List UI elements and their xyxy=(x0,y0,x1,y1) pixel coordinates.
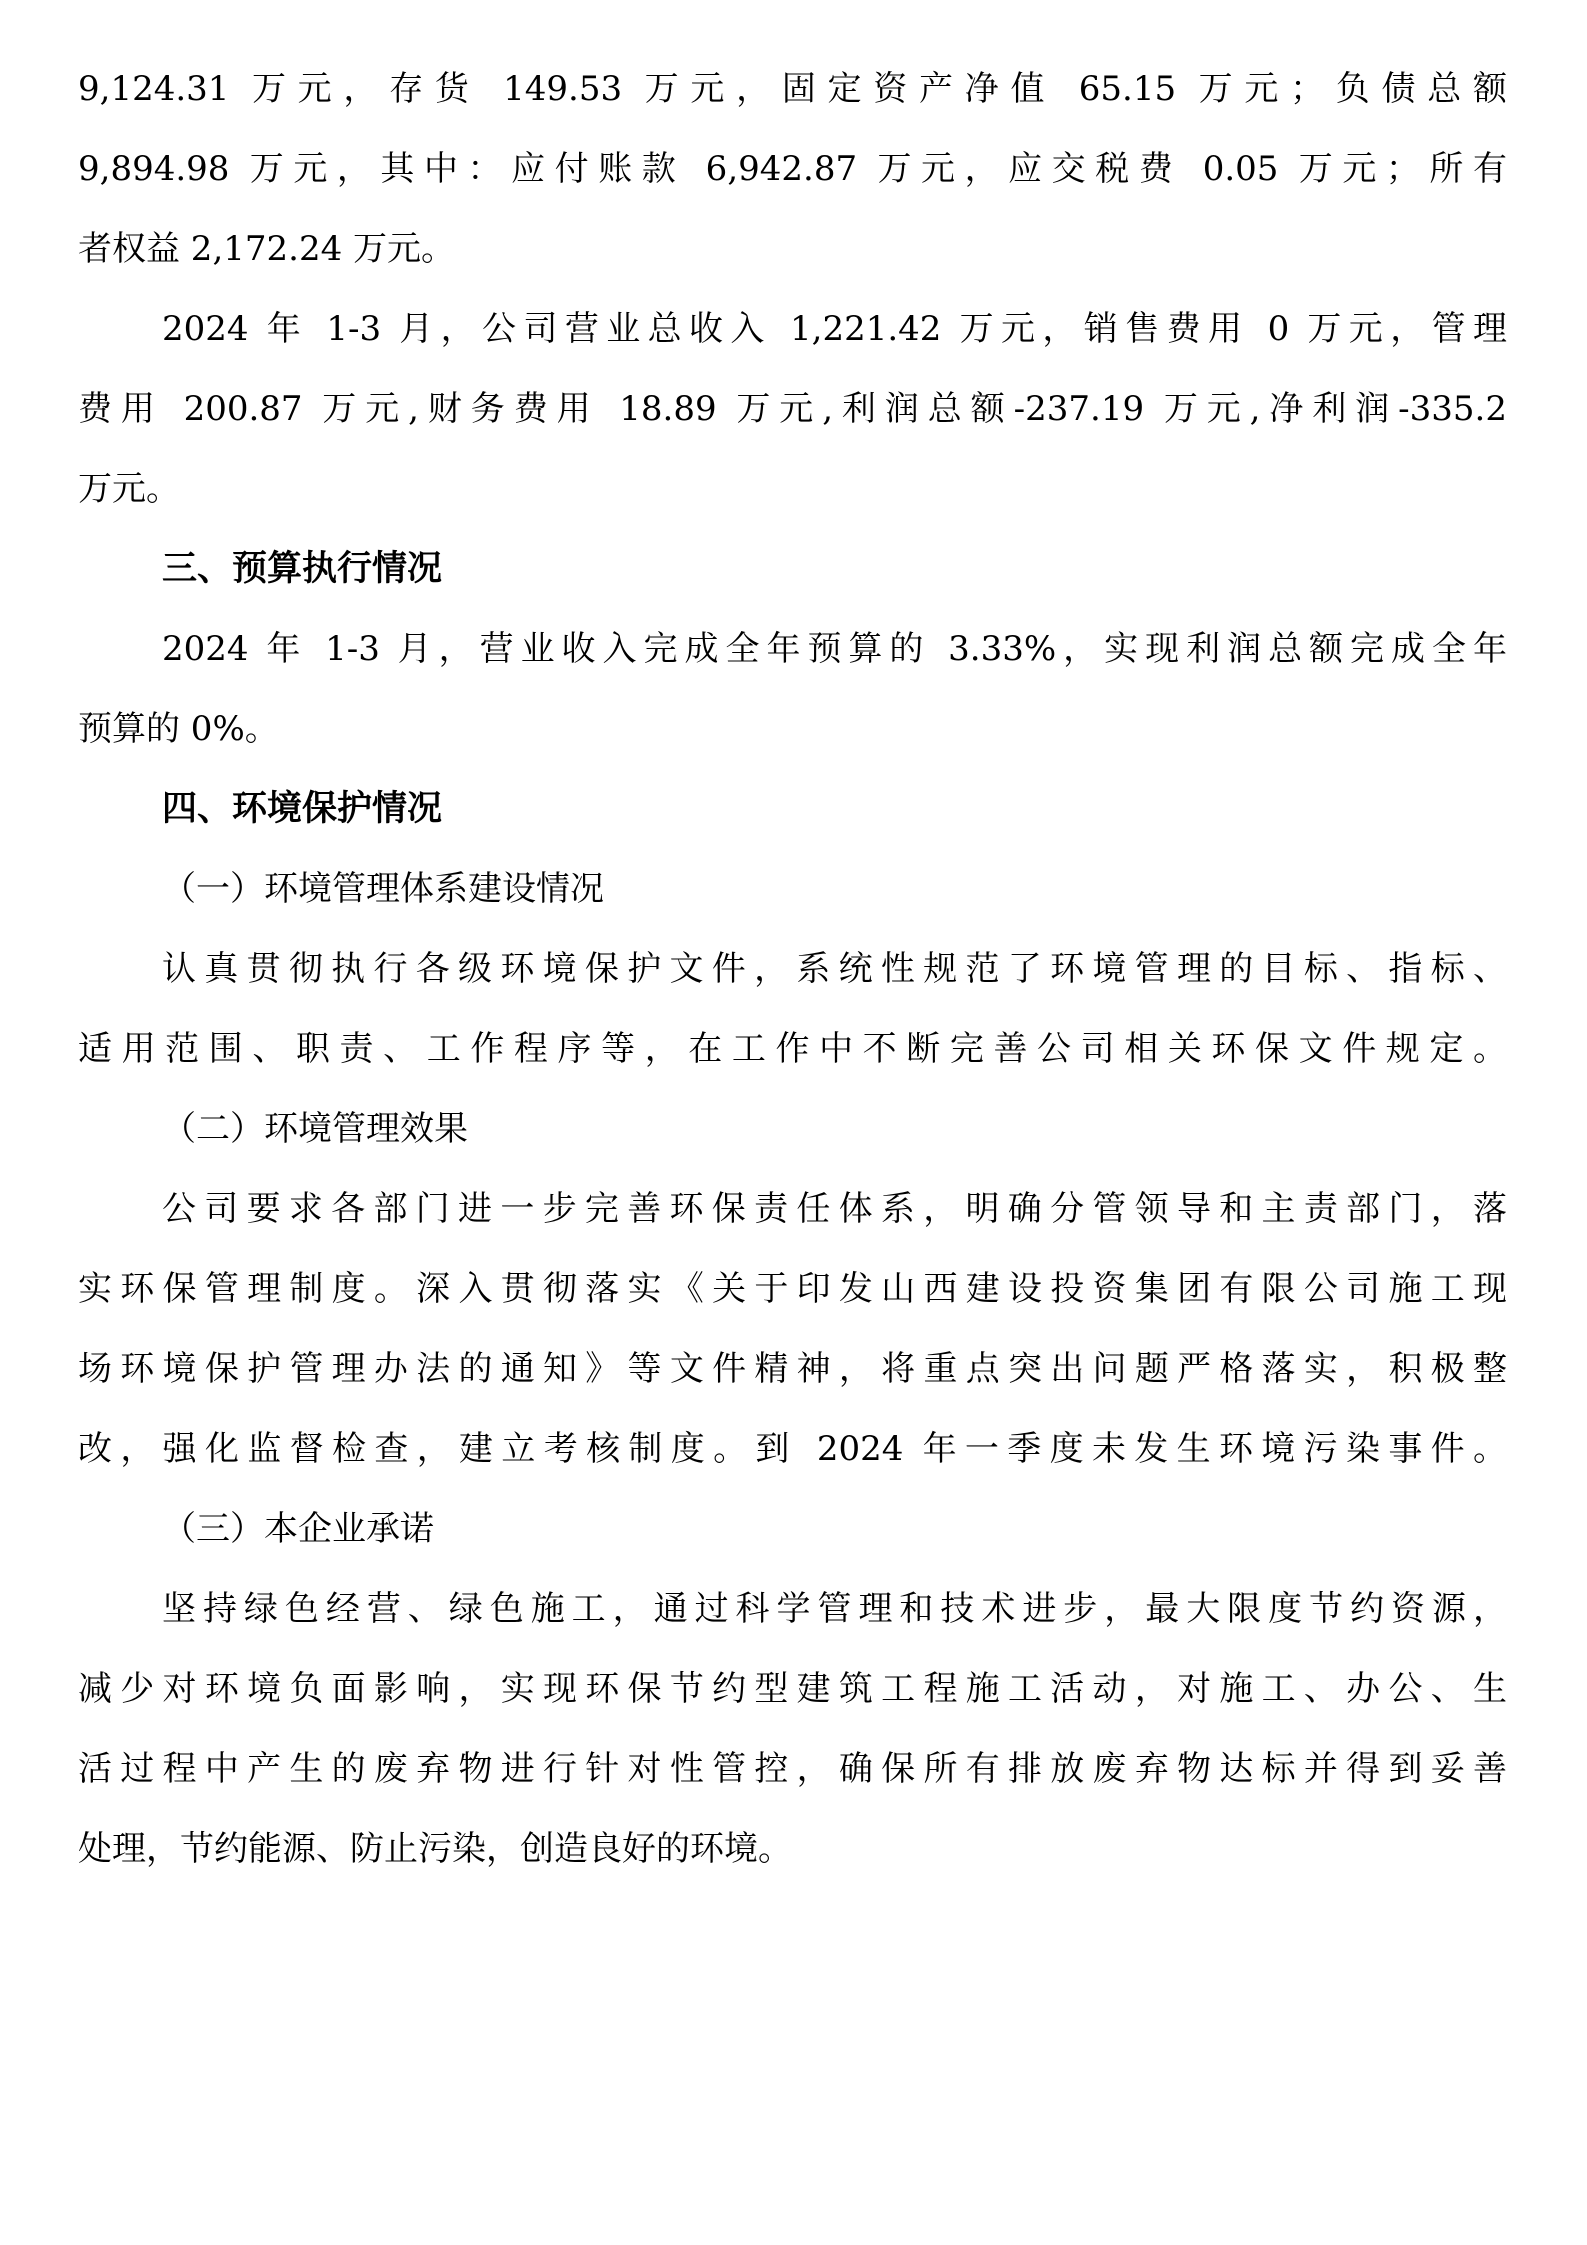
effect-paragraph-line-4: 改，强化监督检查，建立考核制度。到 2024 年一季度未发生环境污染事件。 xyxy=(78,1427,1507,1471)
system-paragraph-line-2: 适用范围、职责、工作程序等，在工作中不断完善公司相关环保文件规定。 xyxy=(78,1027,1507,1071)
body-line-1: 9,124.31 万元，存货 149.53 万元，固定资产净值 65.15 万元… xyxy=(78,67,1507,111)
commitment-paragraph-line-2: 减少对环境负面影响，实现环保节约型建筑工程施工活动，对施工、办公、生 xyxy=(78,1667,1507,1711)
budget-paragraph-line-1: 2024 年 1-3 月，营业收入完成全年预算的 3.33%，实现利润总额完成全… xyxy=(162,627,1507,671)
effect-paragraph-line-1: 公司要求各部门进一步完善环保责任体系，明确分管领导和主责部门，落 xyxy=(162,1187,1507,1231)
revenue-paragraph-line-2: 费用 200.87 万元,财务费用 18.89 万元,利润总额-237.19 万… xyxy=(78,387,1507,431)
subheading-commitment: （三）本企业承诺 xyxy=(162,1507,1507,1551)
body-line-2: 9,894.98 万元，其中：应付账款 6,942.87 万元，应交税费 0.0… xyxy=(78,147,1507,191)
section-heading-environment: 四、环境保护情况 xyxy=(162,787,1507,831)
revenue-paragraph-line-3: 万元。 xyxy=(78,467,1507,511)
effect-paragraph-line-3: 场环境保护管理办法的通知》等文件精神，将重点突出问题严格落实，积极整 xyxy=(78,1347,1507,1391)
effect-paragraph-line-2: 实环保管理制度。深入贯彻落实《关于印发山西建设投资集团有限公司施工现 xyxy=(78,1267,1507,1311)
budget-paragraph-line-2: 预算的 0%。 xyxy=(78,707,1507,751)
body-line-3: 者权益 2,172.24 万元。 xyxy=(78,227,1507,271)
section-heading-budget: 三、预算执行情况 xyxy=(162,547,1507,591)
system-paragraph-line-1: 认真贯彻执行各级环境保护文件，系统性规范了环境管理的目标、指标、 xyxy=(162,947,1507,991)
commitment-paragraph-line-3: 活过程中产生的废弃物进行针对性管控，确保所有排放废弃物达标并得到妥善 xyxy=(78,1747,1507,1791)
commitment-paragraph-line-1: 坚持绿色经营、绿色施工，通过科学管理和技术进步，最大限度节约资源， xyxy=(162,1587,1507,1631)
subheading-management-system: （一）环境管理体系建设情况 xyxy=(162,867,1507,911)
revenue-paragraph-line-1: 2024 年 1-3 月，公司营业总收入 1,221.42 万元，销售费用 0 … xyxy=(162,307,1507,351)
document-page: 9,124.31 万元，存货 149.53 万元，固定资产净值 65.15 万元… xyxy=(0,0,1587,2245)
subheading-management-effect: （二）环境管理效果 xyxy=(162,1107,1507,1151)
commitment-paragraph-line-4: 处理，节约能源、防止污染，创造良好的环境。 xyxy=(78,1827,1507,1871)
